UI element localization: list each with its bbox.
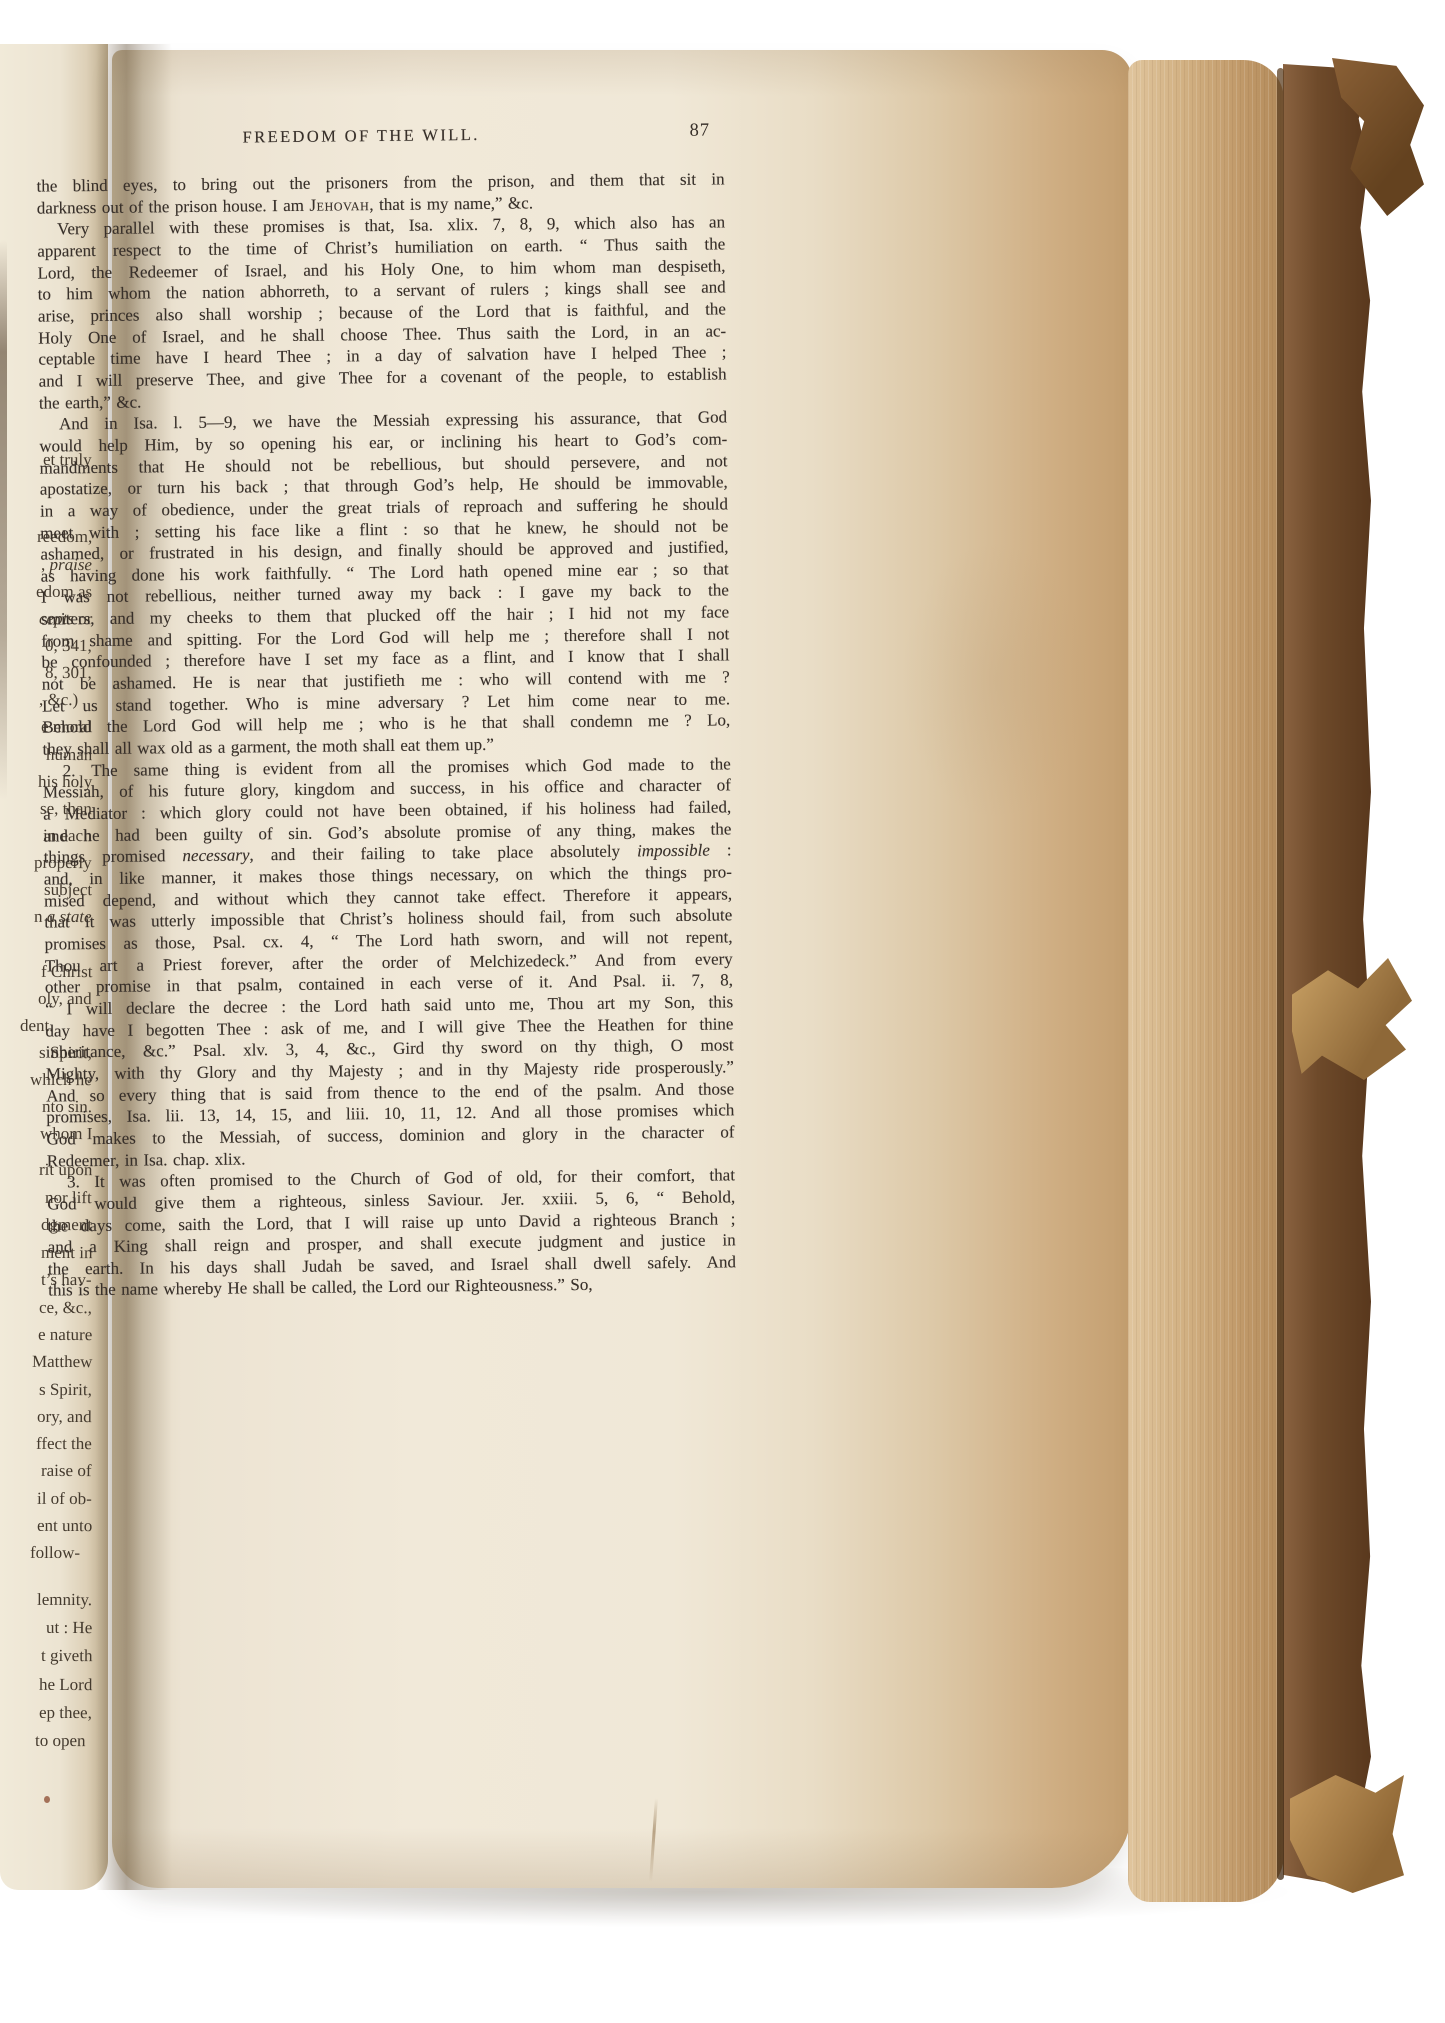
left-page-fragment: lemnity.: [37, 1590, 92, 1610]
left-page-fragment: ep thee,: [39, 1703, 92, 1723]
left-page-fragment: ut : He: [46, 1618, 92, 1638]
left-page-edge: [0, 240, 7, 800]
spine-crease: [1277, 68, 1284, 1880]
left-page-fragment: to open: [35, 1731, 86, 1751]
paper-stain: [900, 540, 1090, 820]
book-page-photo: et trulyreedom,, praiseedom ascepts or0,…: [0, 0, 1445, 2023]
left-page-fragment: t giveth: [40, 1646, 92, 1666]
left-page-fragment: ent unto: [37, 1516, 92, 1536]
left-page-fragment: ory, and: [37, 1407, 92, 1427]
left-page-fragment: s Spirit,: [39, 1380, 92, 1400]
paper-speck: [44, 1796, 50, 1803]
left-page-fragment: Matthew: [32, 1352, 93, 1372]
page-number: 87: [689, 121, 710, 142]
left-page-fragment: raise of: [41, 1461, 92, 1481]
running-head: FREEDOM OF THE WILL.: [242, 125, 479, 147]
left-page-fragment: e nature: [38, 1325, 92, 1345]
left-page-fragment: he Lord: [39, 1675, 92, 1695]
left-page-fragment: ffect the: [36, 1434, 92, 1454]
fore-edge-page-stack: [1128, 60, 1284, 1902]
body-lines: the blind eyes, to bring out the prisone…: [37, 168, 737, 1301]
left-page-fragment: il of ob-: [37, 1489, 92, 1509]
printed-text-block: FREEDOM OF THE WILL. 87 the blind eyes, …: [36, 122, 736, 1301]
left-page-fragment: follow-: [30, 1543, 80, 1563]
